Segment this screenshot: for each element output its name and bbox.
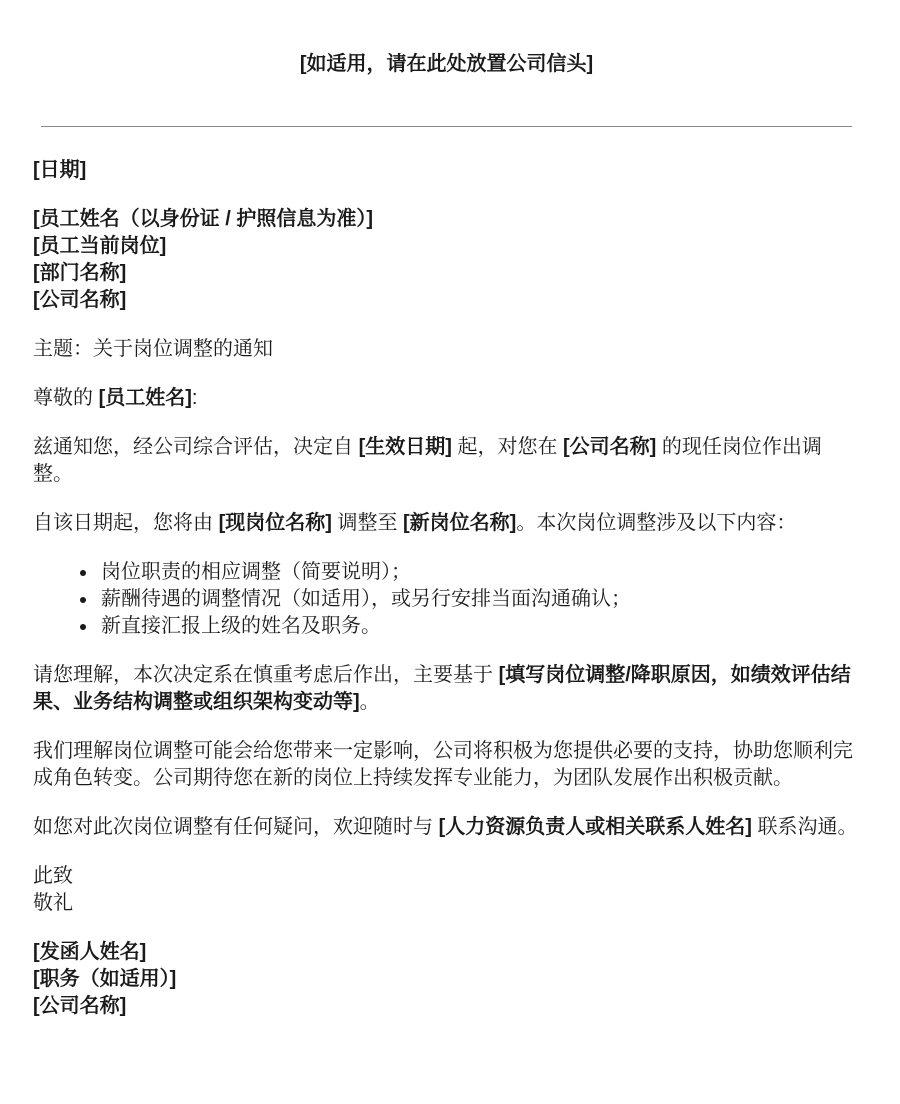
paragraph-reason: 请您理解，本次决定系在慎重考虑后作出，主要基于 [填写岗位调整/降职原因，如绩效…: [33, 662, 860, 716]
bullet-item-compensation: 薪酬待遇的调整情况（如适用），或另行安排当面沟通确认；: [98, 586, 860, 613]
subject-line: 主题：关于岗位调整的通知: [33, 336, 860, 363]
header-divider: [41, 126, 852, 127]
date-placeholder: [日期]: [33, 157, 860, 184]
closing-block: 此致敬礼: [33, 863, 860, 917]
letterhead-placeholder: [如适用，请在此处放置公司信头]: [33, 51, 860, 78]
recipient-block: [员工姓名（以身份证 / 护照信息为准）][员工当前岗位][部门名称][公司名称…: [33, 206, 860, 314]
adjustment-items-list: 岗位职责的相应调整（简要说明）； 薪酬待遇的调整情况（如适用），或另行安排当面沟…: [33, 559, 860, 640]
salutation-line: 尊敬的 [员工姓名]:: [33, 385, 860, 412]
bullet-item-supervisor: 新直接汇报上级的姓名及职务。: [98, 613, 860, 640]
signature-block: [发函人姓名][职务（如适用）][公司名称]: [33, 939, 860, 1020]
paragraph-support: 我们理解岗位调整可能会给您带来一定影响，公司将积极为您提供必要的支持，协助您顺利…: [33, 738, 860, 792]
paragraph-notice: 兹通知您，经公司综合评估，决定自 [生效日期] 起，对您在 [公司名称] 的现任…: [33, 434, 860, 488]
paragraph-adjustment: 自该日期起，您将由 [现岗位名称] 调整至 [新岗位名称]。本次岗位调整涉及以下…: [33, 510, 860, 537]
paragraph-contact: 如您对此次岗位调整有任何疑问，欢迎随时与 [人力资源负责人或相关联系人姓名] 联…: [33, 814, 860, 841]
letter-document: [如适用，请在此处放置公司信头] [日期] [员工姓名（以身份证 / 护照信息为…: [0, 0, 900, 1104]
bullet-item-duties: 岗位职责的相应调整（简要说明）；: [98, 559, 860, 586]
